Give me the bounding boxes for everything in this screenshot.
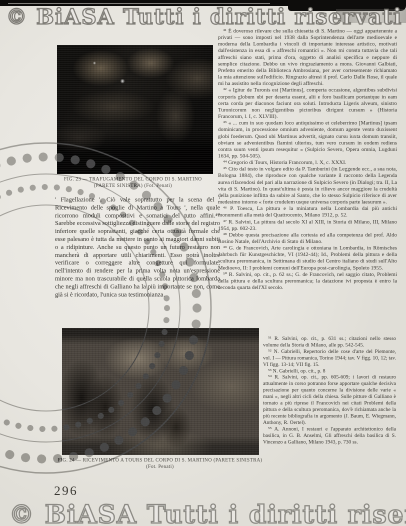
footnote-45: ⁴⁵ Cito dal testo in volgare edito da P.… <box>218 166 397 205</box>
watermark-top: © BiASA Tutti i diritti riservati <box>6 4 402 29</box>
watermark-bottom: © BiASA Tutti i diritti riservati <box>9 500 406 526</box>
figure-24-caption-line2: (Fot. Penati) <box>45 464 275 471</box>
figure-23-caption: FIG. 23 — TRAFUGAMENTO DEL CORPO DI S. M… <box>45 176 221 189</box>
footnote-48: ⁴⁸ Debbo questa precisazione alla cortes… <box>218 232 397 245</box>
main-text-column: ' Flagellazione '. Ciò vale soprattutto … <box>55 196 220 322</box>
footnote-54: ⁵⁴ R. Salvini, op. cit., pp. 605-609; i … <box>263 375 396 427</box>
footnote-42: ⁴² « Igitur de Turonis est [Martinus], c… <box>218 87 397 120</box>
footnote-47: ⁴⁷ R. Salvini, La pittura dal secolo XI … <box>218 219 397 232</box>
figure-23-caption-line2: (PARETE SINISTRA) (Fot. Penati) <box>45 183 221 190</box>
footnote-51: ⁵¹ R. Salvini, op. cit., p. 631 ss.; cit… <box>263 336 396 349</box>
footnote-43: ⁴³ « ... cum in suo quodam loco antiquis… <box>218 120 397 159</box>
footnote-50: ⁵⁰ R. Salvini, op. cit., p. 62 ss.; G. d… <box>218 271 397 291</box>
footnote-41: ⁴¹ È doveroso rilevare che sulla chieset… <box>218 28 397 87</box>
footnote-49: ⁴⁹ G. de Francovich, Arte carolingia e o… <box>218 245 397 271</box>
footnotes-column-lower: ⁵¹ R. Salvini, op. cit., p. 631 ss.; cit… <box>263 336 396 475</box>
footnotes-column-upper: ⁴¹ È doveroso rilevare che sulla chieset… <box>218 28 397 335</box>
page-number: 296 <box>54 483 78 499</box>
footnote-44: ⁴⁴ Gregorio di Tours, Historia Francorum… <box>218 160 397 167</box>
scanned-page: © BiASA Tutti i diritti riservati FIG. 2… <box>0 0 406 526</box>
figure-23-image <box>57 45 213 174</box>
footnote-55: ⁵⁵ A. Annoni, I restauri e l'apparato ar… <box>263 426 396 445</box>
footnote-52: ⁵² N. Gabrielli, Repertorio delle cose d… <box>263 349 396 368</box>
figure-24-image <box>62 328 259 455</box>
figure-24-caption: FIG. 24 — RICEVIMENTO A TOURS DEL CORPO … <box>45 457 275 470</box>
footnote-46: ⁴⁶ P. Toesca, La pittura e la miniatura … <box>218 206 397 219</box>
